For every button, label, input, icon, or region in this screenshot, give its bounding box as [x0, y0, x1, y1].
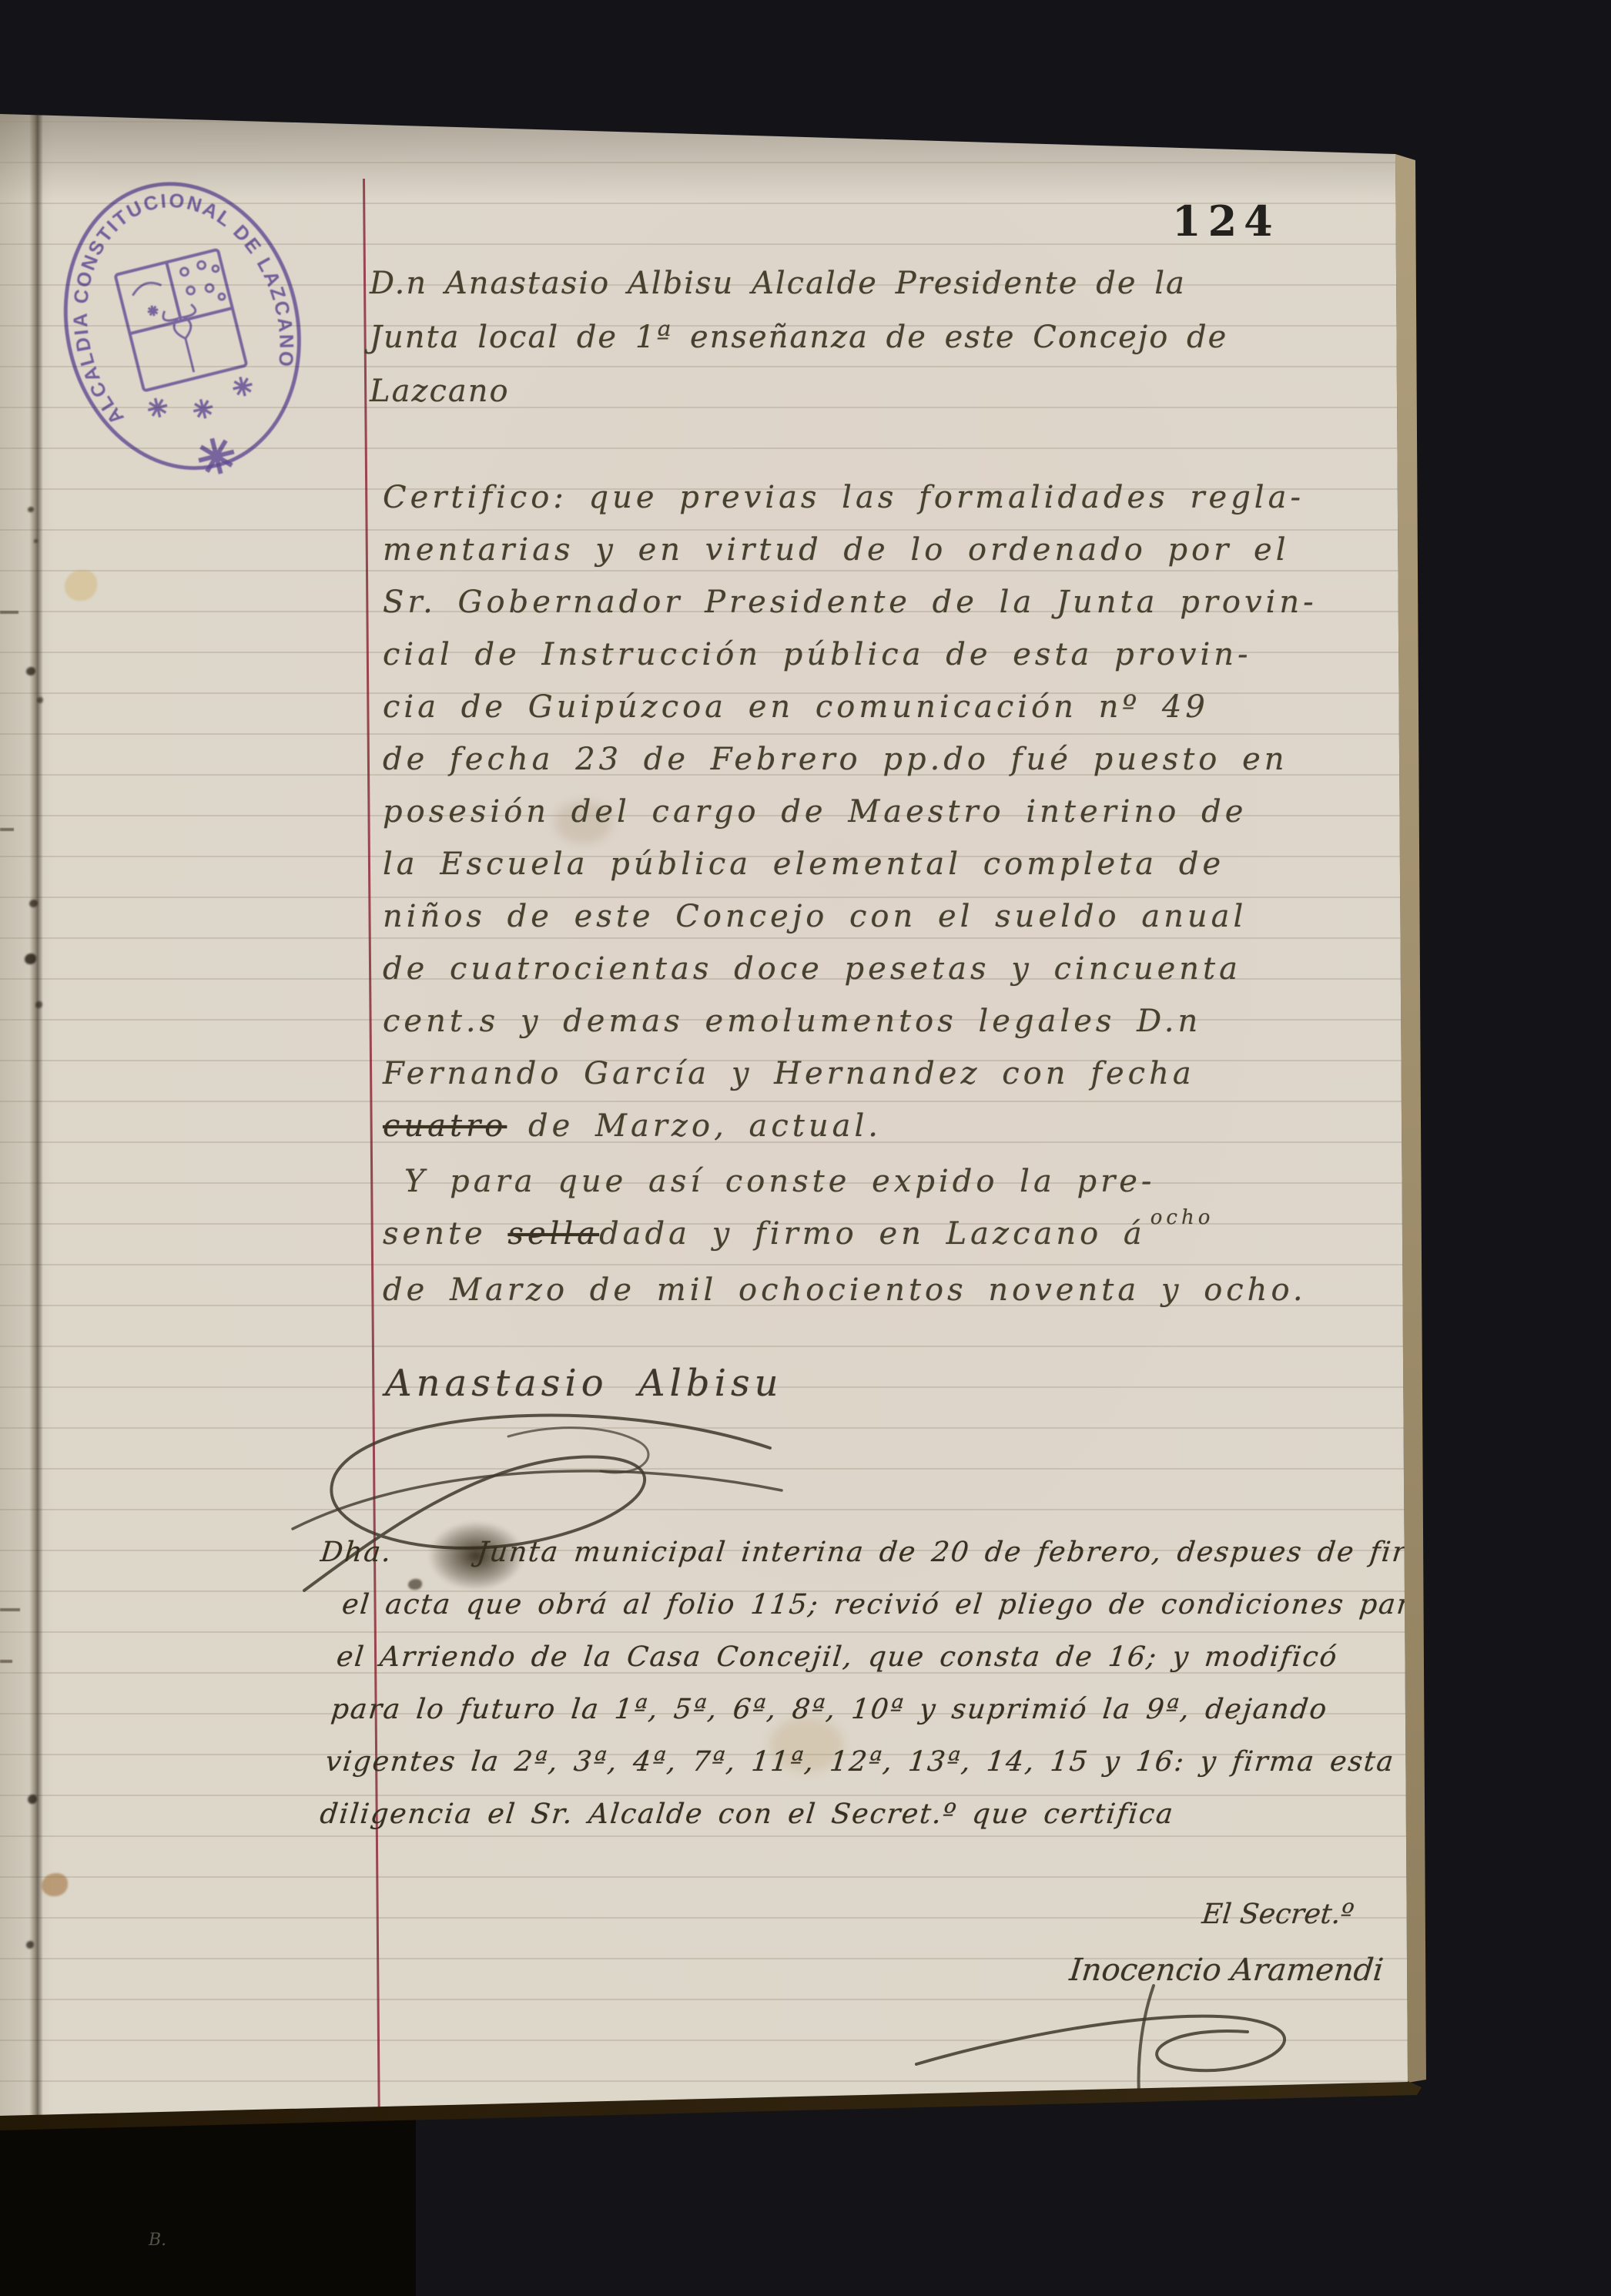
signature-alcalde: Anastasio Albisu [385, 1362, 783, 1405]
ink-speck [25, 954, 36, 964]
ink-speck [28, 1795, 37, 1804]
diligencia-line: el Arriendo de la Casa Concejil, que con… [334, 1631, 1482, 1684]
certificate-line: Certifico: que previas las formalidades … [383, 471, 1318, 524]
ink-speck [35, 1001, 42, 1008]
age-stain [65, 570, 97, 601]
secretary-title: El Secret.º [924, 1887, 1392, 1942]
ink-speck [34, 539, 38, 543]
margin-mark [0, 1660, 12, 1663]
certificate-line: mentarias y en virtud de lo ordenado por… [383, 524, 1318, 576]
margin-mark [0, 611, 18, 614]
page-number: 124 [1172, 196, 1280, 246]
ink-speck [26, 667, 35, 675]
closing-text: sente [383, 1216, 507, 1252]
certificate-line: de fecha 23 de Febrero pp.do fué puesto … [383, 733, 1318, 786]
certificate-line: cial de Instrucción pública de esta prov… [383, 628, 1318, 681]
diligencia-line: para lo futuro la 1ª, 5ª, 6ª, 8ª, 10ª y … [328, 1684, 1476, 1736]
certificate-line-rest: de Marzo, actual. [507, 1108, 882, 1144]
margin-mark [0, 1608, 20, 1611]
diligencia-block: Dha.Junta municipal interina de 20 de fe… [317, 1527, 1493, 1841]
paper-sheet: 124 ALCALDIA CONSTITUCIONAL DE LAZCANO [0, 0, 1611, 2296]
ink-speck [29, 900, 38, 907]
diligencia-line: diligencia el Sr. Alcalde con el Secret.… [317, 1788, 1465, 1841]
corner-mark: B. [149, 2231, 166, 2250]
inserted-word: ocho [1150, 1206, 1214, 1229]
margin-mark [0, 828, 14, 831]
stamp-stars [146, 374, 271, 487]
certificate-line: de cuatrocientas doce pesetas y cincuent… [383, 943, 1318, 995]
coat-of-arms [116, 250, 247, 391]
binding-gutter [29, 0, 43, 2296]
certificate-line: Fernando García y Hernandez con fecha [383, 1047, 1318, 1100]
heading-line: Lazcano [370, 364, 1228, 418]
heading-line: D.n Anastasio Albisu Alcalde Presidente … [370, 256, 1228, 310]
closing-block: Y para que así conste expido la pre- sen… [383, 1155, 1307, 1316]
struck-word: cuatro [383, 1108, 507, 1144]
closing-line: Y para que así conste expido la pre- [383, 1155, 1307, 1208]
certificate-line: cuatro de Marzo, actual. [383, 1100, 1318, 1152]
heading-block: D.n Anastasio Albisu Alcalde Presidente … [370, 256, 1228, 418]
certificate-body: Certifico: que previas las formalidades … [383, 471, 1318, 1152]
diligencia-line: vigentes la 2ª, 3ª, 4ª, 7ª, 11ª, 12ª, 13… [323, 1736, 1471, 1788]
certificate-line: cent.s y demas emolumentos legales D.n [383, 995, 1318, 1047]
scanned-document-page: B. 124 AL [0, 0, 1611, 2296]
closing-line: sente selladada y firmo en Lazcano áocho [383, 1208, 1307, 1264]
certificate-line: posesión del cargo de Maestro interino d… [383, 786, 1318, 838]
closing-text: dada y firmo en Lazcano á [599, 1216, 1146, 1252]
struck-word: sella [507, 1216, 599, 1252]
rust-stain [42, 1873, 68, 1896]
ink-speck [28, 507, 34, 512]
secretary-rubric-flourish [909, 1972, 1340, 2149]
certificate-line: la Escuela pública elemental completa de [383, 838, 1318, 890]
ink-speck [37, 697, 43, 703]
heading-line: Junta local de 1ª enseñanza de este Conc… [370, 310, 1228, 364]
diligencia-text: Junta municipal interina de 20 de febrer… [475, 1537, 1492, 1568]
certificate-line: niños de este Concejo con el sueldo anua… [383, 890, 1318, 943]
diligencia-prefix: Dha. [319, 1537, 394, 1568]
certificate-line: cia de Guipúzcoa en comunicación nº 49 [383, 681, 1318, 733]
diligencia-line: el acta que obrá al folio 115; recivió e… [340, 1579, 1488, 1631]
certificate-line: Sr. Gobernador Presidente de la Junta pr… [383, 576, 1318, 628]
diligencia-line: Dha.Junta municipal interina de 20 de fe… [318, 1527, 1493, 1579]
ink-speck [26, 1941, 34, 1949]
closing-line: de Marzo de mil ochocientos noventa y oc… [383, 1264, 1307, 1316]
